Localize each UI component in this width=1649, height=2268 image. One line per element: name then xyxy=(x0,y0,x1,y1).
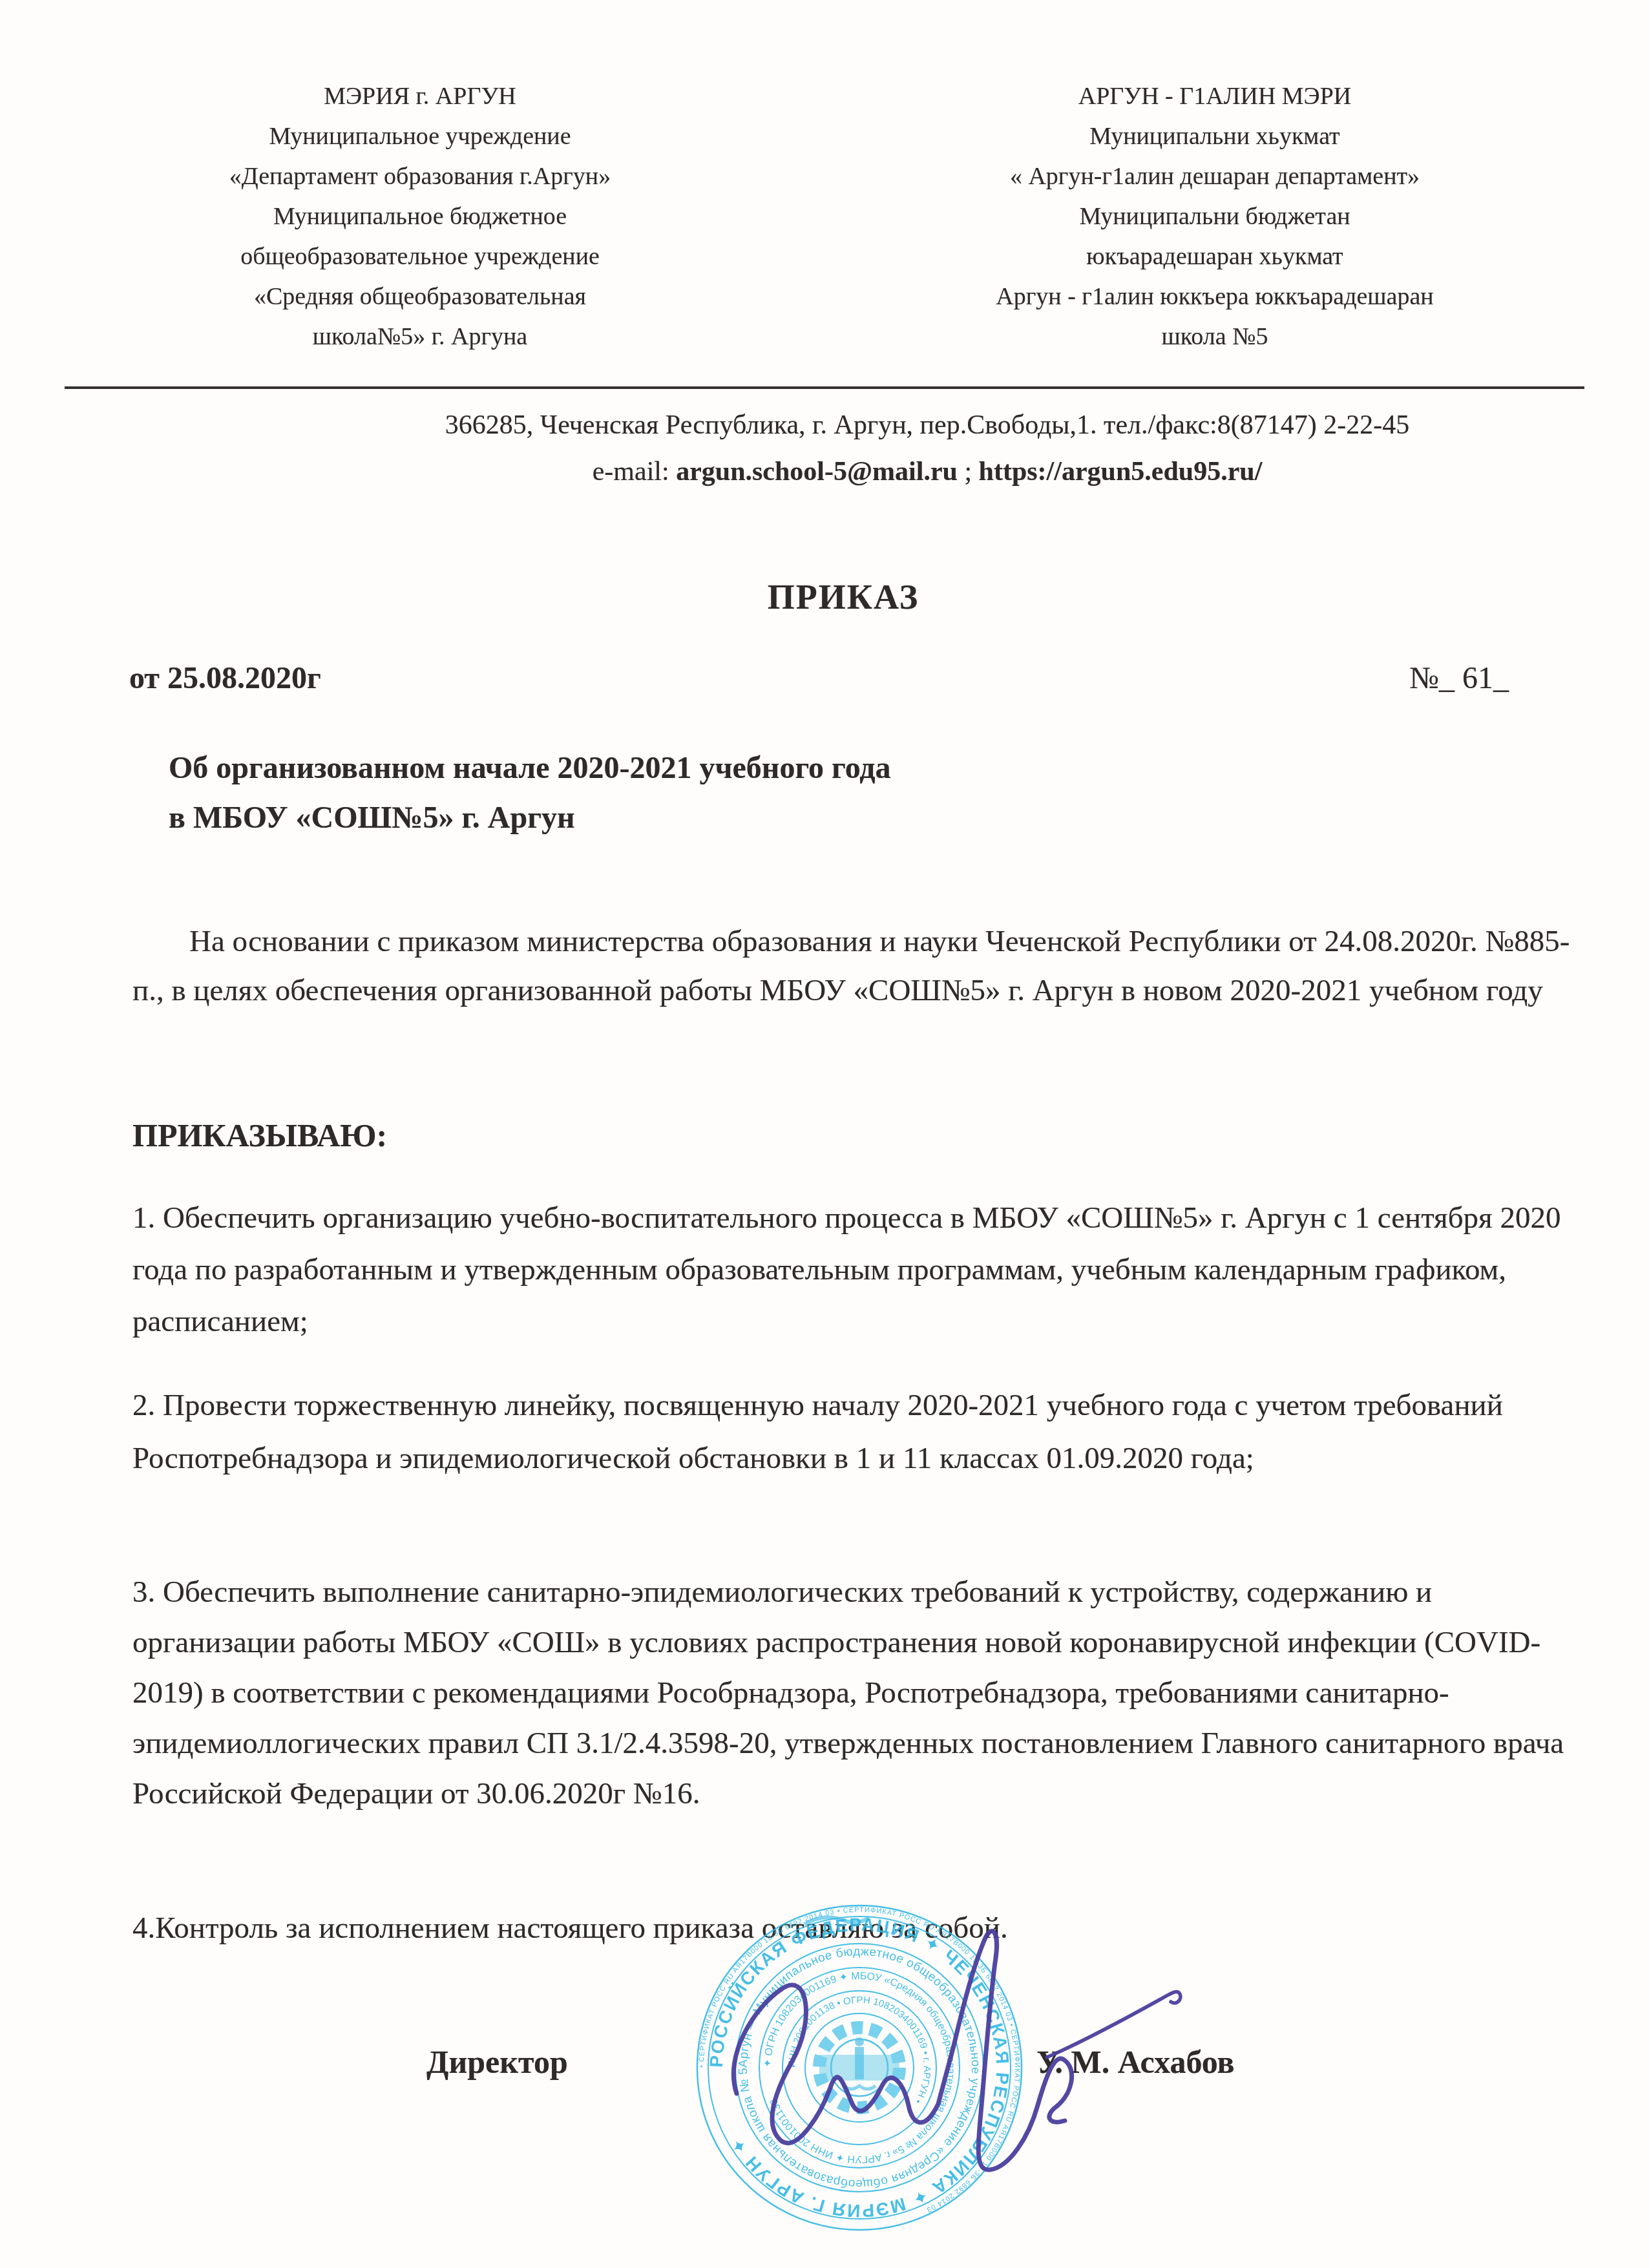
document-page: МЭРИЯ г. АРГУН Муниципальное учреждение … xyxy=(0,0,1649,2268)
letterhead-right-line: школа №5 xyxy=(924,317,1506,357)
stamp-ring1-text: РОССИЙСКАЯ ФЕДЕРАЦИЯ ✦ ЧЕЧЕНСКАЯ РЕСПУБЛ… xyxy=(706,1915,1013,2221)
command-word: ПРИКАЗЫВАЮ: xyxy=(132,1110,1580,1160)
letterhead-right-line: Муниципальни хьукмат xyxy=(924,116,1506,156)
letterhead-left-line: общеобразовательное учреждение xyxy=(174,236,666,277)
order-item-3: 3. Обеспечить выполнение санитарно-эпиде… xyxy=(132,1567,1580,1819)
order-item-1: 1. Обеспечить организацию учебно-воспита… xyxy=(132,1192,1580,1347)
email-text: argun.school-5@mail.ru xyxy=(676,457,958,487)
letterhead-right-line: АРГУН - Г1АЛИН МЭРИ xyxy=(924,76,1506,116)
preamble-paragraph: На основании с приказом министерства обр… xyxy=(132,917,1580,1015)
signature-name: У. М. Асхабов xyxy=(1036,2043,1235,2081)
subject-line-1: Об организованном начале 2020-2021 учебн… xyxy=(169,743,1526,793)
order-date: от 25.08.2020г xyxy=(129,660,321,696)
email-label: e-mail: xyxy=(593,457,676,487)
letterhead-left-line: Муниципальное учреждение xyxy=(174,116,666,156)
letterhead-right-line: юкъарадешаран хьукмат xyxy=(924,236,1506,277)
letterhead-right: АРГУН - Г1АЛИН МЭРИ Муниципальни хьукмат… xyxy=(924,76,1506,357)
order-title: ПРИКАЗ xyxy=(129,577,1557,617)
address-block: 366285, Чеченская Республика, г. Аргун, … xyxy=(207,402,1648,495)
stamp-ring4-text: ИНН 2001001138 • ОГРН 1082034001169 • г.… xyxy=(786,1995,932,2106)
contact-separator: ; xyxy=(958,457,979,487)
letterhead-right-line: Аргун - г1алин юккъера юккъарадешаран xyxy=(924,277,1506,317)
letterhead-left-line: Муниципальное бюджетное xyxy=(174,196,666,236)
letterhead-left-line: МЭРИЯ г. АРГУН xyxy=(174,76,666,116)
letterhead-left: МЭРИЯ г. АРГУН Муниципальное учреждение … xyxy=(174,76,666,357)
letterhead-right-line: « Аргун-г1алин дешаран департамент» xyxy=(924,156,1506,196)
order-subject: Об организованном начале 2020-2021 учебн… xyxy=(169,743,1526,843)
order-number: №_ 61_ xyxy=(1409,660,1509,696)
stamp-ring3-text: ✦ ОГРН 1082034001169 ✦ МБОУ «Средняя общ… xyxy=(762,1971,956,2165)
contact-line: e-mail: argun.school-5@mail.ru ; https:/… xyxy=(207,448,1648,495)
website-text: https://argun5.edu95.ru/ xyxy=(979,457,1263,487)
address-line: 366285, Чеченская Республика, г. Аргун, … xyxy=(207,402,1648,448)
letterhead-left-line: «Средняя общеобразовательная xyxy=(174,277,666,317)
letterhead-left-line: школа№5» г. Аргуна xyxy=(174,317,666,357)
divider-line xyxy=(65,386,1584,389)
order-item-4: 4.Контроль за исполнением настоящего при… xyxy=(132,1903,1580,1953)
letterhead-left-line: «Департамент образования г.Аргун» xyxy=(174,156,666,196)
order-item-2: 2. Провести торжественную линейку, посвя… xyxy=(132,1379,1580,1485)
letterhead-right-line: Муниципальни бюджетан xyxy=(924,196,1506,236)
subject-line-2: в МБОУ «СОШ№5» г. Аргун xyxy=(169,793,1526,843)
signature-role: Директор xyxy=(426,2043,568,2081)
